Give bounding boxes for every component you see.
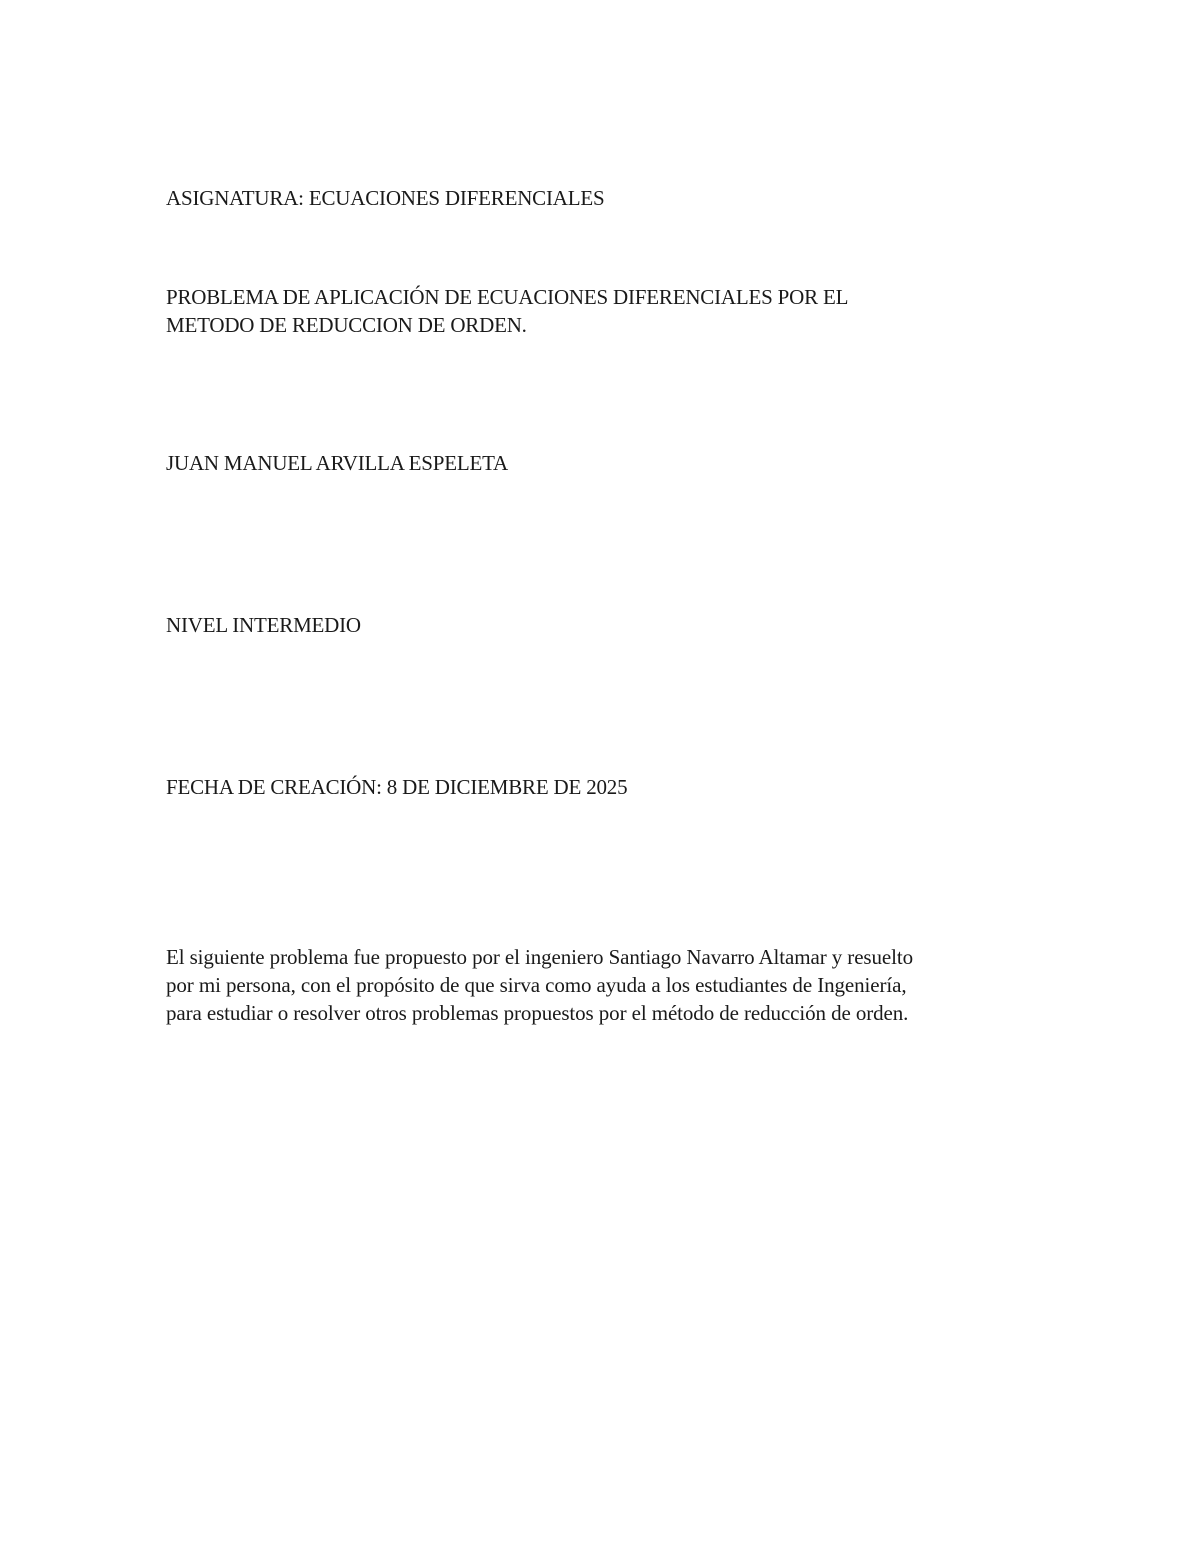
intro-line-2: por mi persona, con el propósito de que … bbox=[166, 971, 1046, 999]
document-page: ASIGNATURA: ECUACIONES DIFERENCIALES PRO… bbox=[0, 0, 1200, 1553]
subject-heading: ASIGNATURA: ECUACIONES DIFERENCIALES bbox=[166, 184, 604, 212]
creation-date: FECHA DE CREACIÓN: 8 DE DICIEMBRE DE 202… bbox=[166, 773, 627, 801]
intro-line-1: El siguiente problema fue propuesto por … bbox=[166, 943, 1046, 971]
title-line-1: PROBLEMA DE APLICACIÓN DE ECUACIONES DIF… bbox=[166, 283, 848, 311]
intro-paragraph: El siguiente problema fue propuesto por … bbox=[166, 943, 1046, 1027]
author-name: JUAN MANUEL ARVILLA ESPELETA bbox=[166, 449, 508, 477]
level-label: NIVEL INTERMEDIO bbox=[166, 611, 361, 639]
title-line-2: METODO DE REDUCCION DE ORDEN. bbox=[166, 311, 527, 339]
intro-line-3: para estudiar o resolver otros problemas… bbox=[166, 999, 1046, 1027]
